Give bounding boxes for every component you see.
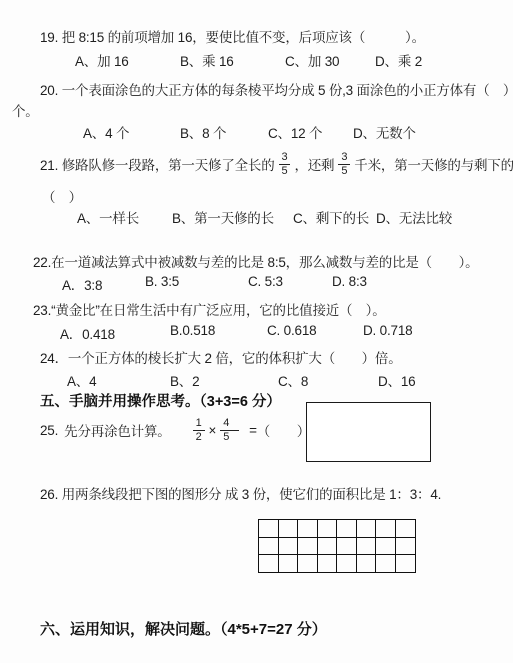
q23-option-a: A．0.418 — [60, 323, 115, 343]
grid-cell — [318, 555, 338, 572]
q25-instruction: 先分再涂色计算。 — [64, 420, 170, 440]
grid-cell — [259, 555, 279, 572]
grid-cell — [357, 555, 377, 572]
question-23-text: 23.“黄金比”在日常生活中有广泛应用，它的比值接近（ ）。 — [33, 299, 386, 319]
grid-cell — [357, 538, 377, 556]
q23-option-b: B.0.518 — [170, 323, 215, 338]
exam-paper-page: 19. 把 8:15 的前项增加 16，要使比值不变，后项应该（ ）。 A、加 … — [0, 0, 513, 663]
grid-cell — [279, 555, 299, 572]
q19-option-a: A、加 16 — [75, 50, 129, 70]
section-five-heading: 五、手脑并用操作思考。（3+3=6 分） — [40, 390, 281, 411]
q24-option-d: D、16 — [378, 370, 415, 390]
q21-option-d: D、无法比较 — [376, 207, 452, 227]
section-six-heading: 六、运用知识，解决问题。（4*5+7=27 分） — [40, 618, 327, 639]
q19-option-b: B、乘 16 — [180, 50, 234, 70]
q25-frac2-numerator: 4 — [220, 417, 239, 430]
q21-frac1-numerator: 3 — [279, 151, 291, 164]
q25-drawing-box — [306, 402, 431, 462]
q19-option-d: D、乘 2 — [375, 50, 422, 70]
q21-option-a: A、一样长 — [77, 207, 139, 227]
q25-number: 25. — [40, 423, 58, 438]
q22-option-c: C. 5:3 — [248, 274, 283, 289]
grid-cell — [376, 555, 396, 572]
question-22-text: 22.在一道减法算式中被减数与差的比是 8:5，那么减数与差的比是（ ）。 — [33, 251, 478, 271]
q25-times-sign: × — [209, 423, 217, 438]
q21-fraction-2: 3 5 — [338, 151, 350, 177]
q26-grid — [258, 519, 416, 573]
q22-option-a: A．3:8 — [62, 274, 102, 294]
q22-option-b: B. 3:5 — [145, 274, 179, 289]
q21-text-before: 21. 修路队修一段路，第一天修了全长的 — [40, 154, 275, 174]
q24-option-c: C、8 — [278, 370, 308, 390]
grid-cell — [259, 520, 279, 538]
grid-cell — [279, 520, 299, 538]
grid-cell — [337, 538, 357, 556]
q23-option-c: C. 0.618 — [267, 323, 316, 338]
question-19-text: 19. 把 8:15 的前项增加 16，要使比值不变，后项应该（ ）。 — [40, 26, 425, 46]
question-25-text: 25. 先分再涂色计算。 1 2 × 4 5 = （ ） — [40, 412, 310, 448]
q21-frac2-numerator: 3 — [338, 151, 350, 164]
question-20-options: A、4 个 B、8 个 C、12 个 D、无数个 — [0, 122, 513, 142]
q20-option-a: A、4 个 — [83, 122, 129, 142]
q25-frac1-numerator: 1 — [193, 417, 205, 430]
q21-fraction-1: 3 5 — [279, 151, 291, 177]
grid-cell — [259, 538, 279, 556]
question-23-options: A．0.418 B.0.518 C. 0.618 D. 0.718 — [0, 323, 513, 343]
q19-option-c: C、加 30 — [285, 50, 339, 70]
q25-answer-paren: （ ） — [257, 420, 310, 440]
q25-frac1-denominator: 2 — [193, 430, 205, 444]
question-24-options: A、4 B、2 C、8 D、16 — [0, 370, 513, 390]
question-24-text: 24．一个正方体的棱长扩大 2 倍，它的体积扩大（ ）倍。 — [40, 347, 402, 367]
q25-fraction-2: 4 5 — [220, 417, 239, 443]
grid-cell — [298, 520, 318, 538]
question-21-answer-paren: （ ） — [42, 186, 82, 206]
grid-cell — [337, 555, 357, 572]
q21-frac1-denominator: 5 — [279, 164, 291, 178]
grid-cell — [376, 520, 396, 538]
q21-text-mid: ，还剩 — [294, 154, 334, 174]
question-19-options: A、加 16 B、乘 16 C、加 30 D、乘 2 — [0, 50, 513, 70]
grid-cell — [318, 538, 338, 556]
question-20-text-line1: 20. 一个表面涂色的大正方体的每条棱平均分成 5 份,3 面涂色的小正方体有（… — [40, 79, 513, 99]
grid-cell — [298, 538, 318, 556]
q25-fraction-1: 1 2 — [193, 417, 205, 443]
question-21-options: A、一样长 B、第一天修的长 C、剩下的长 D、无法比较 — [0, 207, 513, 227]
q21-option-b: B、第一天修的长 — [172, 207, 274, 227]
q24-option-a: A、4 — [67, 370, 96, 390]
grid-cell — [357, 520, 377, 538]
grid-cell — [279, 538, 299, 556]
q20-option-c: C、12 个 — [268, 122, 322, 142]
q21-option-c: C、剩下的长 — [293, 207, 369, 227]
question-20-text-line2: 个。 — [12, 100, 39, 120]
q20-option-d: D、无数个 — [353, 122, 416, 142]
q21-text-after: 千米，第一天修的与剩下的 — [354, 154, 513, 174]
question-22-options: A．3:8 B. 3:5 C. 5:3 D. 8:3 — [0, 274, 513, 294]
q25-frac2-denominator: 5 — [220, 430, 239, 444]
grid-cell — [376, 538, 396, 556]
grid-cell — [396, 555, 416, 572]
q24-option-b: B、2 — [170, 370, 199, 390]
grid-cell — [337, 520, 357, 538]
q22-option-d: D. 8:3 — [332, 274, 367, 289]
q20-option-b: B、8 个 — [180, 122, 226, 142]
question-21-text: 21. 修路队修一段路，第一天修了全长的 3 5 ，还剩 3 5 千米，第一天修… — [40, 145, 513, 183]
q23-option-d: D. 0.718 — [363, 323, 412, 338]
grid-cell — [318, 520, 338, 538]
grid-cell — [396, 538, 416, 556]
question-26-text: 26. 用两条线段把下图的图形分 成 3 份，使它们的面积比是 1：3：4. — [40, 483, 441, 503]
grid-cell — [396, 520, 416, 538]
q25-equals-sign: = — [249, 423, 257, 438]
grid-cell — [298, 555, 318, 572]
q21-frac2-denominator: 5 — [338, 164, 350, 178]
